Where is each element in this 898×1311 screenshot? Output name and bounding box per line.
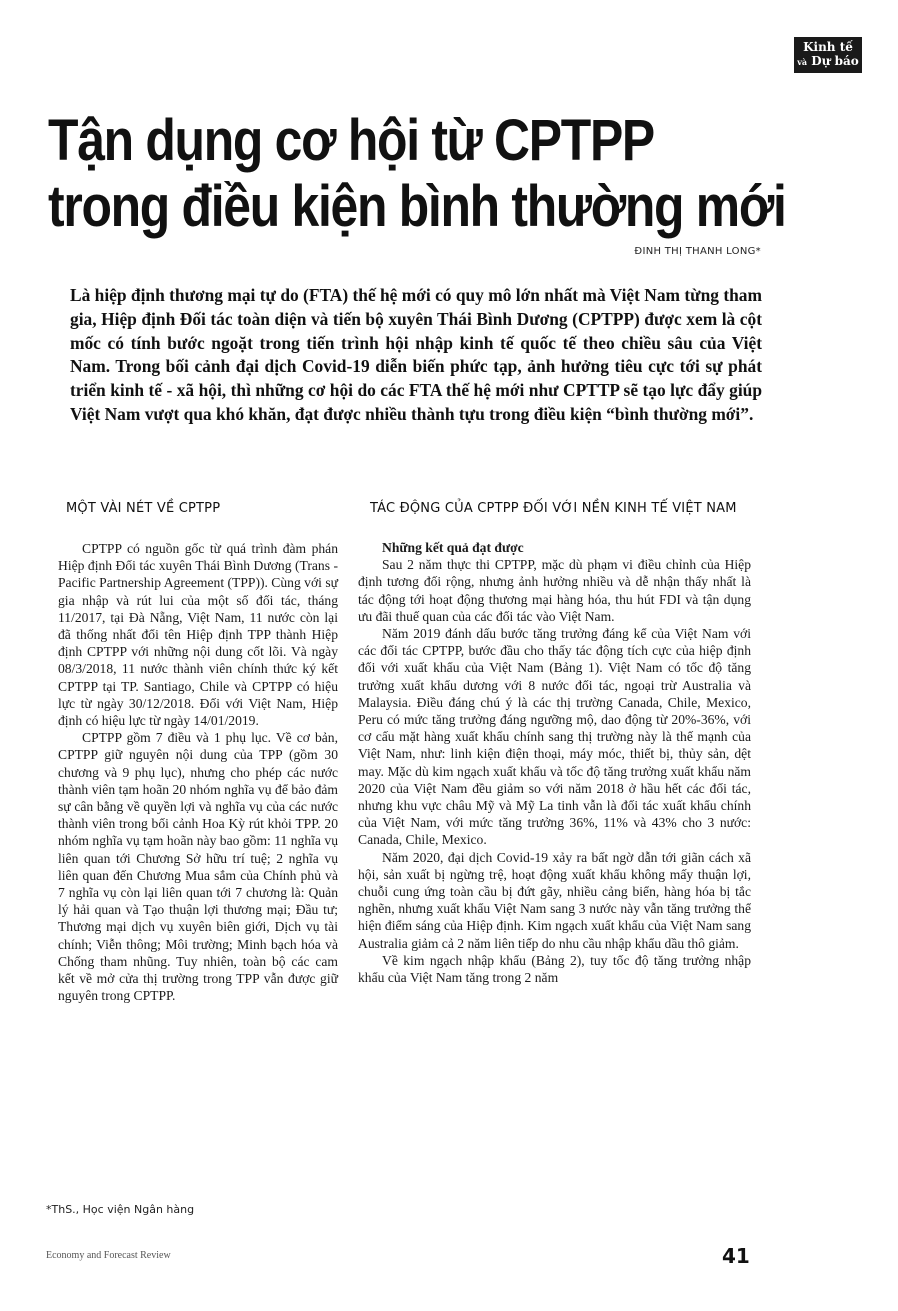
- article-title-line2: trong điều kiện bình thường mới: [48, 174, 702, 240]
- page-number: 41: [722, 1244, 750, 1268]
- body-paragraph: Sau 2 năm thực thi CPTPP, mặc dù phạm vi…: [358, 556, 751, 625]
- section-badge: Kinh tế và Dự báo: [794, 37, 862, 73]
- article-author: ĐINH THỊ THANH LONG*: [634, 246, 761, 257]
- article-title: Tận dụng cơ hội từ CPTPP trong điều kiện…: [48, 108, 702, 240]
- section-heading: TÁC ĐỘNG CỦA CPTPP ĐỐI VỚI NỀN KINH TẾ V…: [358, 500, 751, 517]
- body-paragraph: Năm 2019 đánh dấu bước tăng trưởng đáng …: [358, 625, 751, 849]
- body-paragraph: Năm 2020, đại dịch Covid-19 xảy ra bất n…: [358, 849, 751, 952]
- body-paragraph: CPTPP gồm 7 điều và 1 phụ lục. Về cơ bản…: [58, 729, 338, 1004]
- journal-name: Economy and Forecast Review: [46, 1250, 171, 1261]
- body-paragraph: Về kim ngạch nhập khẩu (Bảng 2), tuy tốc…: [358, 952, 751, 986]
- subsection-heading: Những kết quả đạt được: [358, 539, 751, 556]
- left-column: MỘT VÀI NÉT VỀ CPTPP CPTPP có nguồn gốc …: [58, 500, 338, 1004]
- section-badge-line2: và Dự báo: [794, 54, 862, 69]
- section-badge-line1: Kinh tế: [794, 40, 862, 54]
- section-heading: MỘT VÀI NÉT VỀ CPTPP: [58, 500, 338, 517]
- article-lead: Là hiệp định thương mại tự do (FTA) thế …: [70, 284, 762, 427]
- article-title-line1: Tận dụng cơ hội từ CPTPP: [48, 108, 702, 174]
- right-column: TÁC ĐỘNG CỦA CPTPP ĐỐI VỚI NỀN KINH TẾ V…: [358, 500, 751, 986]
- author-footnote: *ThS., Học viện Ngân hàng: [46, 1203, 194, 1216]
- body-paragraph: CPTPP có nguồn gốc từ quá trình đàm phán…: [58, 540, 338, 729]
